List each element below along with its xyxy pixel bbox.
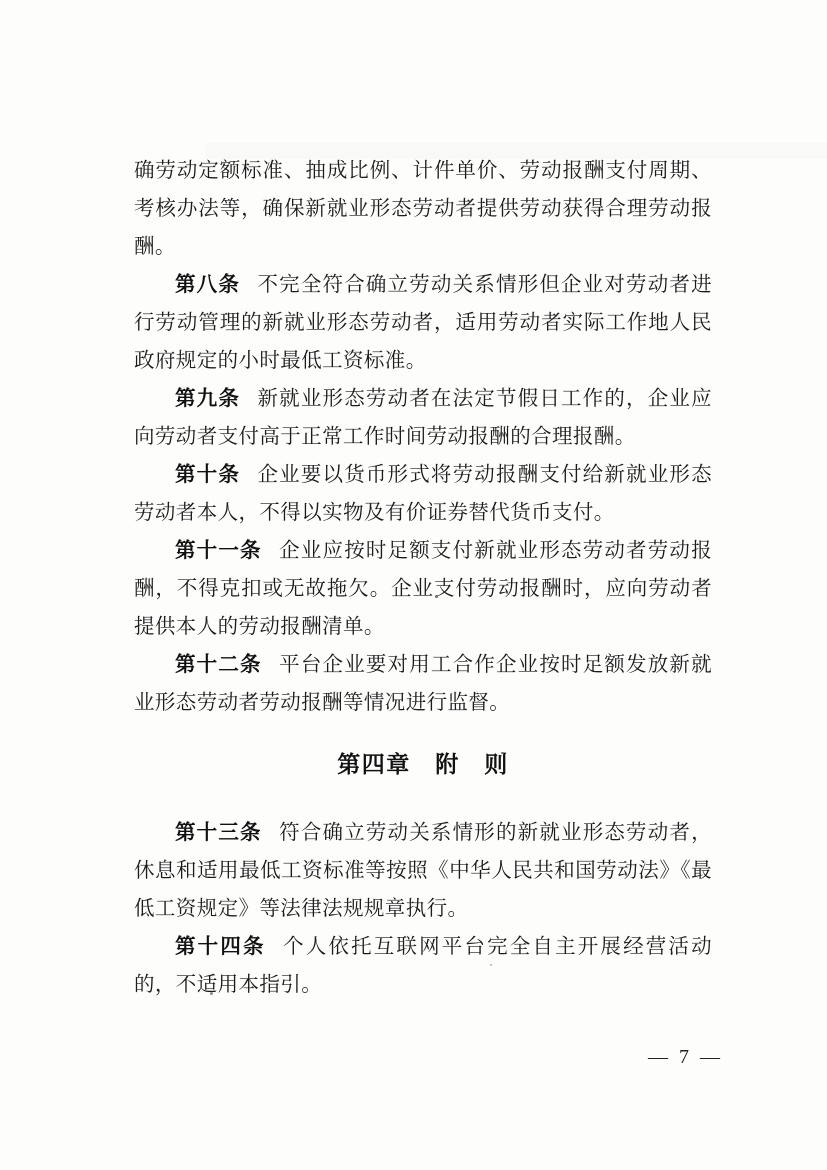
article-10: 第十条企业要以货币形式将劳动报酬支付给新就业形态劳动者本人，不得以实物及有价证券… <box>134 456 712 532</box>
article-11-label: 第十一条 <box>175 540 262 562</box>
scan-speck <box>435 595 438 598</box>
scan-speck <box>490 964 492 966</box>
scan-speck <box>501 752 504 754</box>
chapter-heading: 第四章 附 则 <box>134 748 712 782</box>
article-9: 第九条新就业形态劳动者在法定节假日工作的，企业应向劳动者支付高于正常工作时间劳动… <box>134 380 712 456</box>
article-8-label: 第八条 <box>175 274 240 296</box>
article-14-label: 第十四条 <box>175 936 266 958</box>
scan-speck <box>210 992 213 995</box>
article-8: 第八条不完全符合确立劳动关系情形但企业对劳动者进行劳动管理的新就业形态劳动者，适… <box>134 266 712 380</box>
document-body: 确劳动定额标准、抽成比例、计件单价、劳动报酬支付周期、考核办法等，确保新就业形态… <box>134 152 712 1004</box>
paragraph-continuation: 确劳动定额标准、抽成比例、计件单价、劳动报酬支付周期、考核办法等，确保新就业形态… <box>134 152 712 266</box>
page-number: — 7 — <box>648 1045 723 1069</box>
article-12: 第十二条平台企业要对用工合作企业按时足额发放新就业形态劳动者劳动报酬等情况进行监… <box>134 646 712 722</box>
article-14: 第十四条个人依托互联网平台完全自主开展经营活动的，不适用本指引。 <box>134 928 712 1004</box>
article-12-label: 第十二条 <box>175 654 262 676</box>
document-page: 确劳动定额标准、抽成比例、计件单价、劳动报酬支付周期、考核办法等，确保新就业形态… <box>0 0 827 1170</box>
article-13-label: 第十三条 <box>175 822 262 844</box>
article-10-label: 第十条 <box>175 464 240 486</box>
article-11: 第十一条企业应按时足额支付新就业形态劳动者劳动报酬，不得克扣或无故拖欠。企业支付… <box>134 532 712 646</box>
article-13: 第十三条符合确立劳动关系情形的新就业形态劳动者，休息和适用最低工资标准等按照《中… <box>134 814 712 928</box>
article-9-label: 第九条 <box>175 388 240 410</box>
